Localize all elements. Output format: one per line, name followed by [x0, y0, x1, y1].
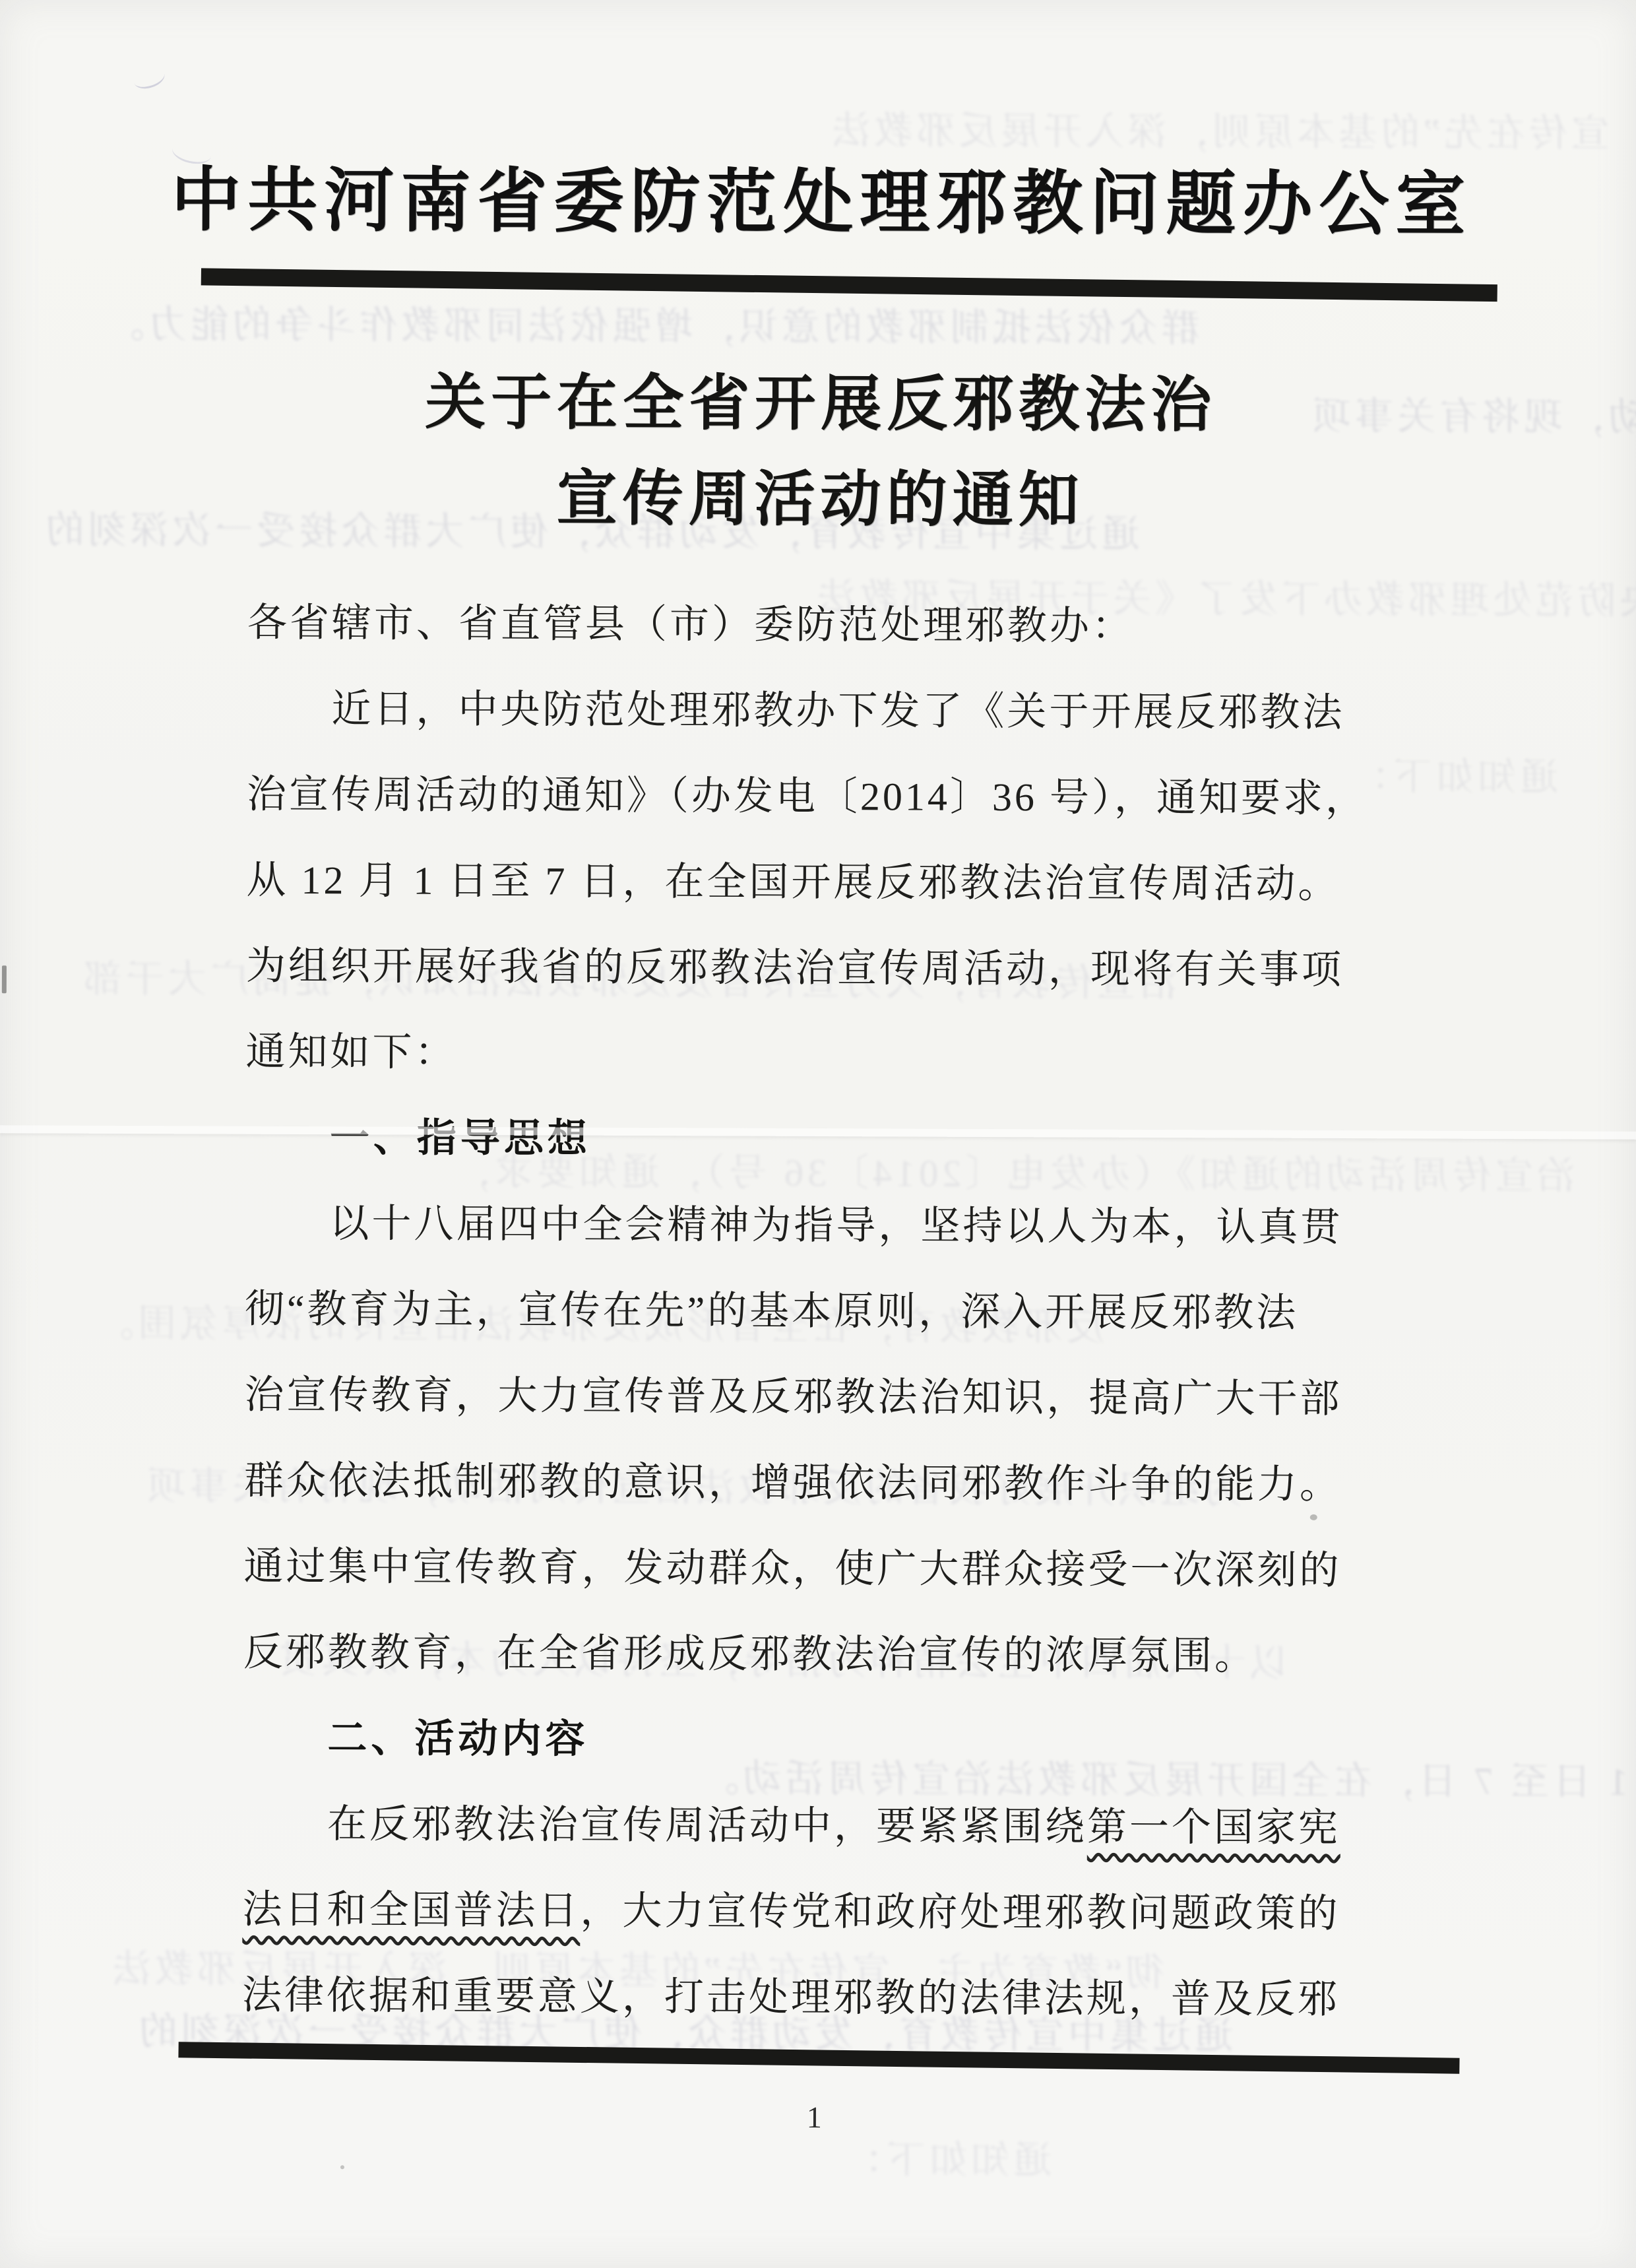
pencil-mark [131, 64, 168, 92]
scan-content: 群众依法抵制邪教的意识，增强依法同邪教作斗争的能力。 彻“教育为主，宣传在先”的… [0, 0, 1636, 2268]
body-line: 治宣传教育，大力宣传普及反邪教法治知识，提高广大干部 [244, 1352, 1352, 1442]
page-number: 1 [0, 2096, 1632, 2138]
body-line: 彻“教育为主，宣传在先”的基本原则，深入开展反邪教法 [245, 1266, 1353, 1356]
body-line: 通知如下： [245, 1009, 1354, 1099]
body-line: 通过集中宣传教育，发动群众，使广大群众接受一次深刻的 [243, 1524, 1352, 1613]
body-line: 法律依据和重要意义，打击处理邪教的法律法规，普及反邪 [242, 1953, 1350, 2042]
body-line: 法日和全国普法日，大力宣传党和政府处理邪教问题政策的 [242, 1867, 1350, 1957]
body-line: 群众依法抵制邪教的意识，增强依法同邪教作斗争的能力。 [244, 1438, 1352, 1528]
section-heading-1: 一、指导思想 [245, 1095, 1354, 1184]
body-line: 为组织开展好我省的反邪教法治宣传周活动，现将有关事项 [246, 923, 1354, 1013]
footer-divider [178, 2042, 1459, 2073]
body-line: 在反邪教法治宣传周活动中，要紧紧围绕第一个国家宪 [243, 1781, 1351, 1871]
bleed-through-artifact: 群众依法抵制邪教的意识，增强依法同邪教作斗争的能力。 [102, 293, 1200, 352]
body-line: 以十八届四中全会精神为指导，坚持以人为本，认真贯 [245, 1181, 1353, 1270]
body-line: 治宣传周活动的通知》（办发电〔2014〕36 号），通知要求， [247, 752, 1355, 841]
hand-underlined-text: 法日和全国普法日 [242, 1888, 580, 1933]
body-line: 反邪教教育，在全省形成反邪教法治宣传的浓厚氛围。 [243, 1609, 1352, 1699]
bleed-through-artifact: 通知如下： [1347, 745, 1558, 801]
bleed-through-artifact: 通知如下： [840, 2128, 1052, 2184]
body-text-segment: ，大力宣传党和政府处理邪教问题政策的 [580, 1889, 1340, 1935]
scanned-page: 群众依法抵制邪教的意识，增强依法同邪教作斗争的能力。 彻“教育为主，宣传在先”的… [0, 0, 1636, 2268]
document-title-line1: 关于在全省开展反邪教法治 [3, 352, 1636, 445]
section-heading-2: 二、活动内容 [243, 1695, 1351, 1785]
body-line: 近日，中央防范处理邪教办下发了《关于开展反邪教法 [247, 666, 1355, 756]
letterhead-divider [201, 268, 1497, 302]
hand-underlined-text: 第一个国家宪 [1087, 1805, 1340, 1850]
document-title-line2: 宣传周活动的通知 [2, 447, 1636, 541]
document-body: 各省辖市、省直管县（市）委防范处理邪教办： 近日，中央防范处理邪教办下发了《关于… [242, 580, 1356, 2042]
salutation-line: 各省辖市、省直管县（市）委防范处理邪教办： [247, 580, 1356, 670]
scan-speck [2, 965, 7, 993]
body-text-segment: 在反邪教法治宣传周活动中，要紧紧围绕 [327, 1802, 1087, 1848]
scan-speck [340, 2165, 344, 2169]
letterhead-title: 中共河南省委防范处理邪教问题办公室 [3, 143, 1636, 250]
body-line: 从 12 月 1 日至 7 日，在全国开展反邪教法治宣传周活动。 [246, 837, 1354, 927]
